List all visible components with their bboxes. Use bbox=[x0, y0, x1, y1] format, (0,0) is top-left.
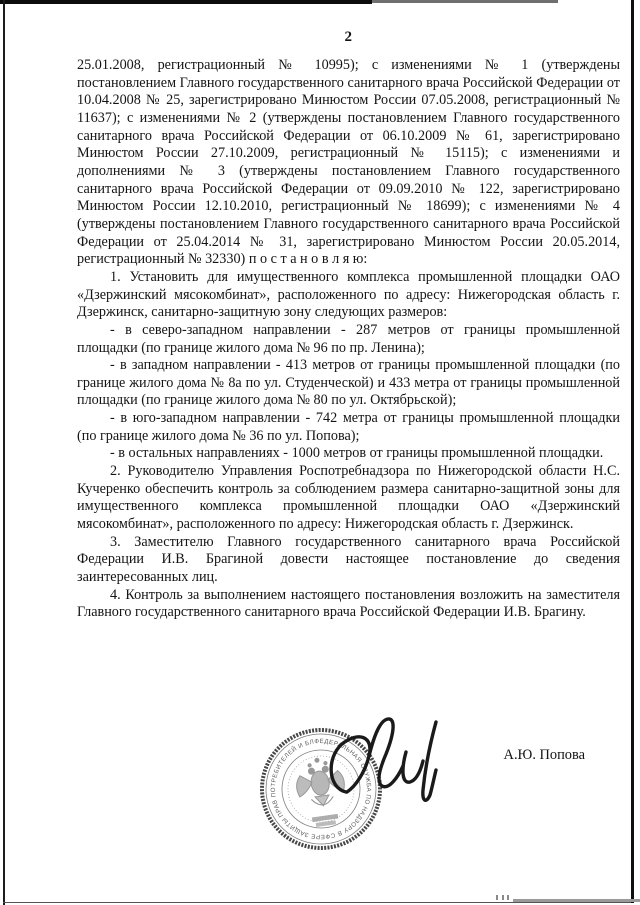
page-border-bottom bbox=[3, 902, 631, 903]
paragraph-item-3: 3. Заместителю Главного государственного… bbox=[77, 534, 620, 587]
paragraph-zone-nw: - в северо-западном направлении - 287 ме… bbox=[77, 322, 620, 357]
signer-name: А.Ю. Попова bbox=[77, 747, 585, 764]
scan-artifact-tick bbox=[507, 895, 509, 900]
paragraph-zone-other: - в остальных направлениях - 1000 метров… bbox=[77, 445, 620, 463]
scan-artifact-tick bbox=[502, 895, 504, 900]
signature-stroke bbox=[331, 737, 370, 792]
paragraph-item-4: 4. Контроль за выполнением настоящего по… bbox=[77, 587, 620, 622]
paragraph-item-2: 2. Руководителю Управления Роспотребнадз… bbox=[77, 463, 620, 534]
paragraph-item-1: 1. Установить для имущественного комплек… bbox=[77, 269, 620, 322]
page-border-top bbox=[0, 0, 372, 4]
page-border-top-fade bbox=[372, 0, 558, 3]
scan-artifact-tick bbox=[496, 895, 498, 900]
paragraph-zone-sw: - в юго-западном направлении - 742 метра… bbox=[77, 410, 620, 445]
document-body: 25.01.2008, регистрационный № 10995); с … bbox=[77, 57, 620, 622]
scan-artifact-line bbox=[513, 899, 640, 902]
page-border-right bbox=[631, 0, 634, 903]
page-number: 2 bbox=[77, 29, 620, 46]
paragraph-zone-w: - в западном направлении - 413 метров от… bbox=[77, 357, 620, 410]
handwritten-signature bbox=[316, 714, 456, 814]
paragraph-continuation: 25.01.2008, регистрационный № 10995); с … bbox=[77, 57, 620, 269]
page-border-left bbox=[3, 0, 5, 905]
